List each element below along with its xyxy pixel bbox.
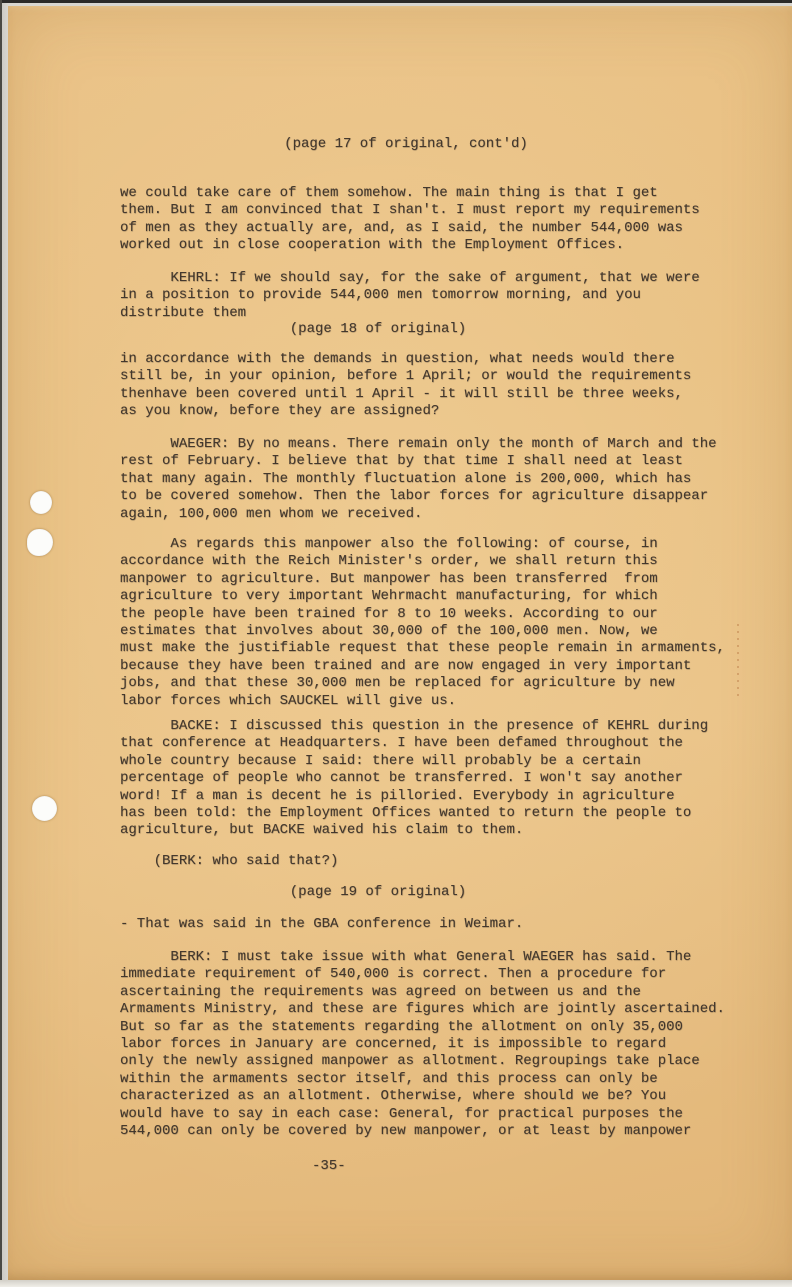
paragraph-berk-statement: BERK: I must take issue with what Genera… — [120, 949, 760, 1140]
page-number: -35- — [312, 1158, 346, 1175]
paragraph-waeger-statement: WAEGER: By no means. There remain only t… — [120, 436, 760, 523]
scan-edge-bottom — [0, 1280, 792, 1287]
paragraph-berk-interjection: (BERK: who said that?) — [120, 853, 760, 870]
paragraph-continuation: we could take care of them somehow. The … — [120, 185, 760, 255]
scan-edge-top — [0, 0, 792, 3]
typewritten-text-layer: (page 17 of original, cont'd) we could t… — [8, 6, 792, 1281]
paragraph-weimar-reply: - That was said in the GBA conference in… — [120, 916, 760, 933]
paragraph-backe-statement: BACKE: I discussed this question in the … — [120, 718, 760, 840]
page-continuation-header: (page 17 of original, cont'd) — [120, 136, 692, 153]
document-page: (page 17 of original, cont'd) we could t… — [8, 6, 792, 1281]
page-18-marker: (page 18 of original) — [98, 321, 658, 338]
scanned-document-background: (page 17 of original, cont'd) we could t… — [0, 0, 792, 1287]
scan-edge-left — [0, 0, 2, 1287]
paragraph-kehrl-statement: KEHRL: If we should say, for the sake of… — [120, 270, 760, 322]
paragraph-manpower-regards: As regards this manpower also the follow… — [120, 536, 760, 710]
page-19-marker: (page 19 of original) — [98, 884, 658, 901]
paragraph-demands-question: in accordance with the demands in questi… — [120, 351, 760, 421]
